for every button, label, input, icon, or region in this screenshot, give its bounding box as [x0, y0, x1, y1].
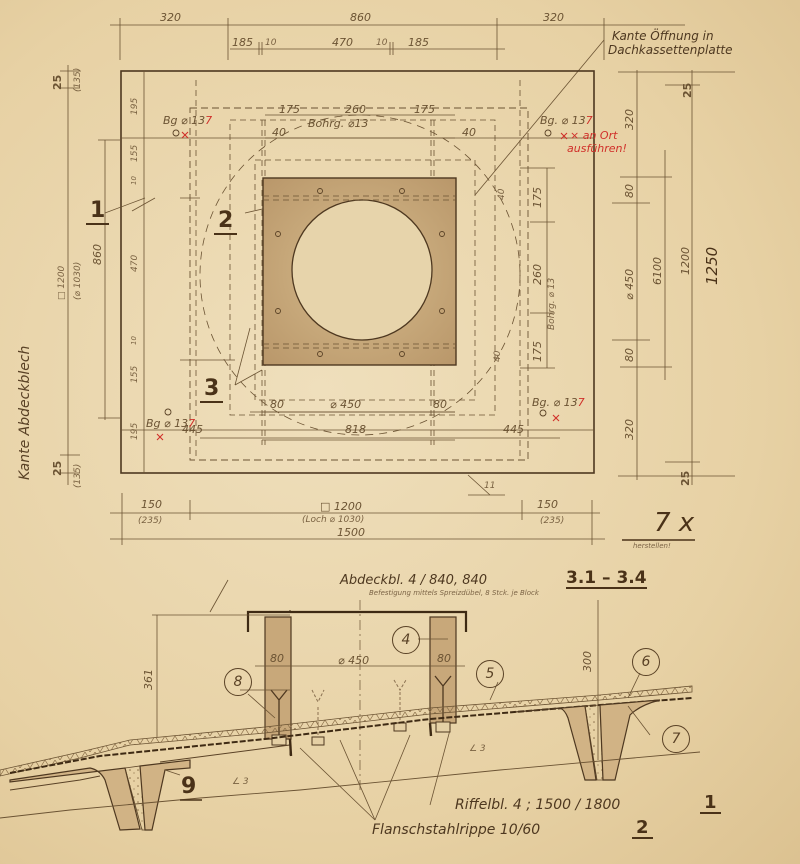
dim-bottom-1500: 1500 — [337, 527, 365, 538]
dim-section-phi450: ⌀ 450 — [338, 655, 369, 666]
dim-bottom-loch-1030: (Loch ⌀ 1030) — [302, 516, 364, 525]
dim-inner-175-left: 175 — [279, 104, 300, 115]
dim-185-left: 185 — [232, 37, 253, 48]
dim-chain-155-top: 155 — [131, 145, 140, 162]
position-tag-1: 1 — [86, 200, 109, 225]
dim-bottom-235-right: (235) — [540, 517, 564, 526]
slope-left: ∠ 3 — [232, 778, 249, 787]
position-tag-3: 3 — [200, 378, 223, 403]
section-header-abdeckbl: Abdeckbl. 4 / 840, 840 — [340, 574, 487, 587]
callout-7: 7 — [662, 725, 690, 753]
dim-top-860: 860 — [350, 12, 371, 23]
dim-left-25-top: 25 — [52, 75, 63, 90]
dim-10-right: 10 — [376, 39, 387, 48]
dim-right-phi450: ⌀ 450 — [624, 269, 635, 300]
dim-left-1200: □ 1200 — [58, 266, 67, 300]
dim-chain-195-bottom: 195 — [131, 423, 140, 440]
dim-40-right: 40 — [462, 127, 476, 138]
drawing-sheet: 320 860 320 185 10 470 10 185 Kante Öffn… — [0, 0, 800, 864]
quantity-sub: herstellen! — [633, 543, 671, 550]
dim-right-25-bottom: 25 — [680, 471, 691, 486]
dim-inner-175-right: 175 — [414, 104, 435, 115]
dim-right-80-top: 80 — [624, 184, 635, 198]
dim-plan-phi450: ⌀ 450 — [330, 399, 361, 410]
dim-left-1030: (⌀ 1030) — [74, 262, 83, 300]
dim-section-361: 361 — [143, 669, 154, 690]
dim-left-135-bottom: (135) — [74, 464, 83, 488]
dim-chain-10-bottom: 10 — [131, 336, 138, 345]
section-header-sub: Befestigung mittels Spreizdübel, 8 Stck.… — [369, 590, 539, 597]
dim-right-25-top: 25 — [682, 83, 693, 98]
callout-6: 6 — [632, 648, 660, 676]
dim-chain-195-top: 195 — [131, 98, 140, 115]
quantity-label: 7 x — [654, 510, 694, 536]
dim-plan-80-right: 80 — [433, 399, 447, 410]
dim-inner-260: 260 — [345, 104, 366, 115]
red-note-line1: × an Ort — [570, 130, 617, 141]
dim-right-6100: 6100 — [652, 257, 663, 285]
dim-right-40-top: 40 — [498, 189, 507, 200]
callout-8: 8 — [224, 668, 252, 696]
note-flanschstahlrippe: Flanschstahlrippe 10/60 — [372, 823, 540, 837]
label-kante-abdeckblech: Kante Abdeckblech — [18, 346, 32, 480]
note-flanschstahlrippe-ref: 2 — [632, 819, 653, 839]
dim-185-right: 185 — [408, 37, 429, 48]
note-riffelblech-ref: 1 — [700, 794, 721, 814]
label-bohrung-top: Bohrg. ⌀13 — [308, 118, 368, 129]
position-tag-9: 9 — [181, 776, 196, 798]
dim-bottom-235-left: (235) — [138, 517, 162, 526]
dim-left-860: 860 — [92, 244, 103, 265]
bolt-label-bottom-right: Bg. ⌀ 137 — [532, 397, 585, 408]
dim-top-320-left: 320 — [160, 12, 181, 23]
dim-left-135-top: (135) — [74, 68, 83, 92]
position-tag-2: 2 — [214, 210, 237, 235]
dim-section-300: 300 — [582, 651, 593, 672]
dim-chain-155-bottom: 155 — [131, 366, 140, 383]
dim-right-1200: 1200 — [680, 247, 691, 275]
dim-chain-470: 470 — [131, 255, 140, 272]
bolt-label-top-right: Bg. ⌀ 137 — [540, 115, 593, 126]
dim-right-inner-175-bottom: 175 — [532, 341, 543, 362]
dim-chain-10-top: 10 — [131, 176, 138, 185]
dim-right-inner-260: 260 — [532, 264, 543, 285]
dim-plan-80-left: 80 — [270, 399, 284, 410]
label-bohrung-right: Bohrg. ⌀ 13 — [548, 278, 557, 330]
dim-plan-445-right: 445 — [503, 424, 524, 435]
section-header-ref: 3.1 – 3.4 — [566, 570, 647, 589]
red-note-line2: ausführen! — [567, 143, 627, 154]
dim-right-80-bottom: 80 — [624, 348, 635, 362]
dim-bottom-1200: □ 1200 — [320, 501, 362, 512]
slope-right: ∠ 3 — [469, 745, 486, 754]
dim-plan-445-left: 445 — [182, 424, 203, 435]
dim-section-80-left: 80 — [270, 653, 284, 664]
note-riffelblech: Riffelbl. 4 ; 1500 / 1800 — [455, 798, 620, 812]
callout-4: 4 — [392, 626, 420, 654]
dim-right-40-bottom: 40 — [494, 351, 503, 362]
dim-40-left: 40 — [272, 127, 286, 138]
dim-section-80-right: 80 — [437, 653, 451, 664]
dim-470: 470 — [332, 37, 353, 48]
dim-right-inner-175-top: 175 — [532, 187, 543, 208]
dim-bottom-150-right: 150 — [537, 499, 558, 510]
note-kante-oeffnung-line2: Dachkassettenplatte — [608, 44, 732, 56]
dim-right-1250: 1250 — [705, 247, 720, 285]
dim-bottom-11: 11 — [484, 482, 495, 491]
note-kante-oeffnung-line1: Kante Öffnung in — [612, 30, 714, 42]
dim-right-320-top: 320 — [624, 109, 635, 130]
dim-left-25-bottom: 25 — [52, 461, 63, 476]
callout-5: 5 — [476, 660, 504, 688]
dim-10-left: 10 — [265, 39, 276, 48]
dim-top-320-right: 320 — [543, 12, 564, 23]
dim-plan-818: 818 — [345, 424, 366, 435]
dim-bottom-150-left: 150 — [141, 499, 162, 510]
bolt-label-top-left: Bg ⌀ 137 — [163, 115, 212, 126]
dim-right-320-bottom: 320 — [624, 419, 635, 440]
